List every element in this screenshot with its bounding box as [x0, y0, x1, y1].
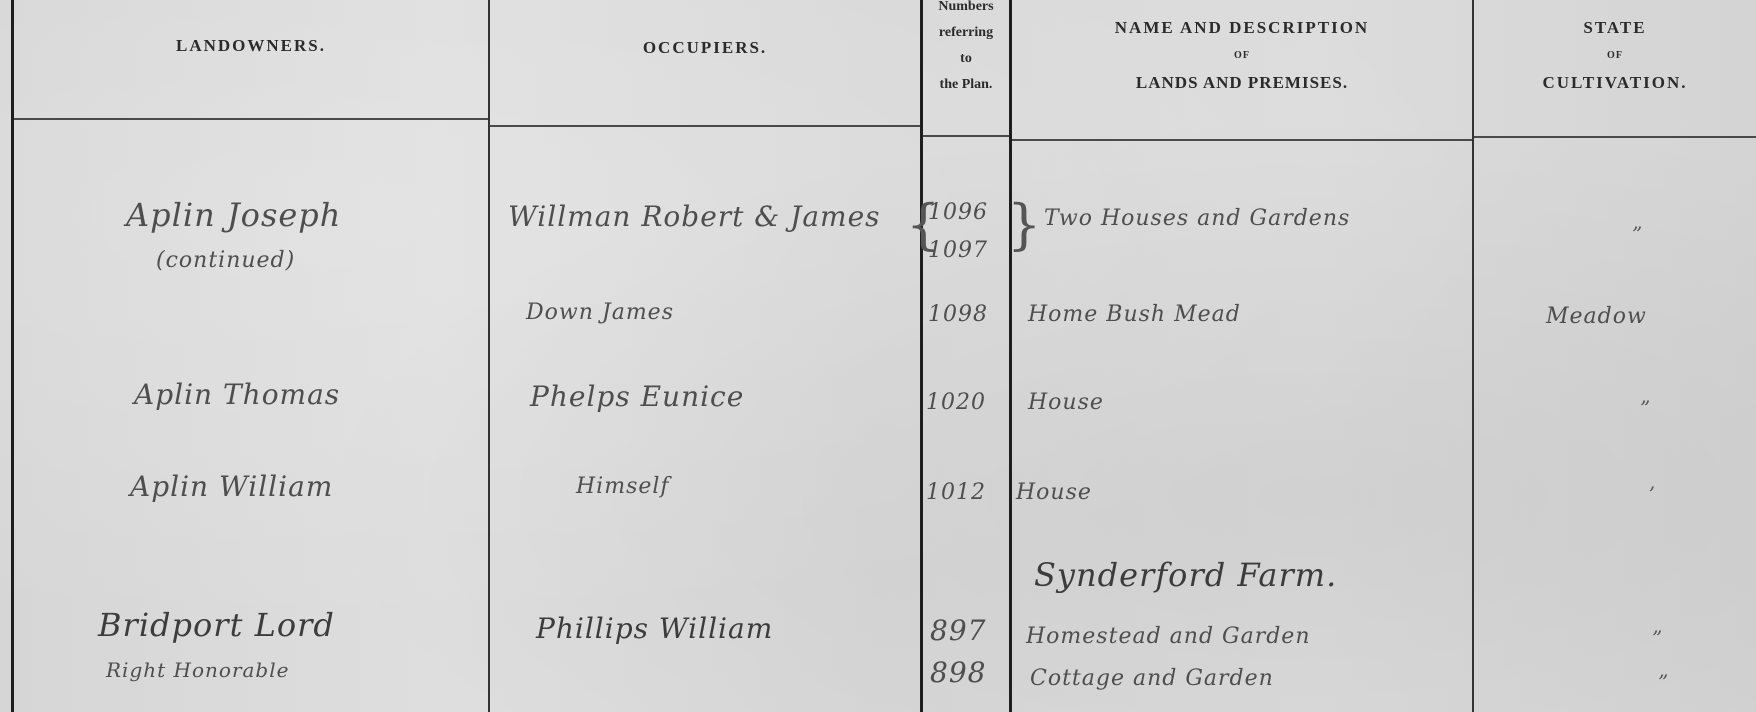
row-3-number: 1020: [926, 390, 986, 415]
row-3-description: House: [1028, 390, 1104, 415]
rule-numbers-description: [1009, 0, 1012, 712]
header-cultivation-line-2: OF: [1474, 50, 1756, 61]
header-rule-occupiers: [490, 125, 920, 127]
header-numbers-line-2: referring: [923, 20, 1009, 46]
row-5-description-2: Cottage and Garden: [1030, 666, 1274, 691]
left-border-rule: [11, 0, 14, 712]
row-5-cultivation-ditto-2: ”: [1658, 670, 1668, 694]
row-4-occupier: Himself: [576, 474, 670, 499]
header-numbers-referring-to-plan: Numbers referring to the Plan.: [923, 0, 1009, 98]
header-description-line-2: OF: [1012, 50, 1472, 61]
row-4-description: House: [1016, 480, 1092, 505]
row-1-landowner-note: (continued): [156, 248, 295, 273]
row-3-landowner: Aplin Thomas: [134, 378, 340, 411]
header-description-line-3: LANDS AND PREMISES.: [1012, 73, 1472, 93]
row-2-cultivation: Meadow: [1546, 304, 1647, 329]
header-occupiers: OCCUPIERS.: [490, 38, 920, 58]
row-5-cultivation-ditto-1: ”: [1652, 626, 1662, 650]
row-5-landowner-note: Right Honorable: [106, 658, 289, 682]
row-1-cultivation-ditto: ”: [1632, 222, 1642, 246]
header-cultivation: STATE OF CULTIVATION.: [1474, 18, 1756, 93]
header-rule-numbers: [923, 135, 1009, 137]
row-1-left-brace: {: [906, 198, 940, 252]
row-2-description: Home Bush Mead: [1028, 302, 1241, 327]
row-5-landowner: Bridport Lord: [98, 606, 335, 644]
rule-description-cultivation: [1472, 0, 1474, 712]
document-page: LANDOWNERS. OCCUPIERS. Numbers referring…: [0, 0, 1756, 712]
row-4-cultivation-mark: ʼ: [1648, 482, 1654, 506]
row-4-landowner: Aplin William: [130, 470, 333, 503]
row-2-occupier: Down James: [526, 300, 674, 325]
header-numbers-line-3: to: [923, 46, 1009, 72]
header-description: NAME AND DESCRIPTION OF LANDS AND PREMIS…: [1012, 18, 1472, 93]
row-3-cultivation-ditto: ”: [1640, 396, 1650, 420]
row-4-number: 1012: [926, 480, 986, 505]
row-3-occupier: Phelps Eunice: [530, 380, 744, 413]
row-5-number-2: 898: [930, 656, 986, 689]
rule-landowners-occupiers: [488, 0, 490, 712]
row-5-number-1: 897: [930, 614, 986, 647]
header-rule-description: [1012, 139, 1472, 141]
header-cultivation-line-1: STATE: [1474, 18, 1756, 38]
header-cultivation-line-3: CULTIVATION.: [1474, 73, 1756, 93]
header-numbers-line-1: Numbers: [923, 0, 1009, 20]
row-1-occupier: Willman Robert & James: [508, 200, 881, 233]
header-rule-cultivation: [1474, 136, 1756, 138]
row-5-occupier: Phillips William: [536, 612, 773, 645]
row-5-farm-heading: Synderford Farm.: [1034, 556, 1337, 594]
header-landowners: LANDOWNERS.: [14, 36, 488, 56]
row-5-description-1: Homestead and Garden: [1026, 624, 1311, 649]
row-1-description: Two Houses and Gardens: [1044, 206, 1350, 231]
rule-occupiers-numbers: [920, 0, 923, 712]
header-description-line-1: NAME AND DESCRIPTION: [1012, 18, 1472, 38]
row-2-number: 1098: [928, 302, 988, 327]
header-rule-landowners: [14, 118, 488, 120]
row-1-right-brace: }: [1007, 198, 1041, 252]
row-1-landowner: Aplin Joseph: [126, 196, 341, 234]
header-numbers-line-4: the Plan.: [923, 72, 1009, 98]
